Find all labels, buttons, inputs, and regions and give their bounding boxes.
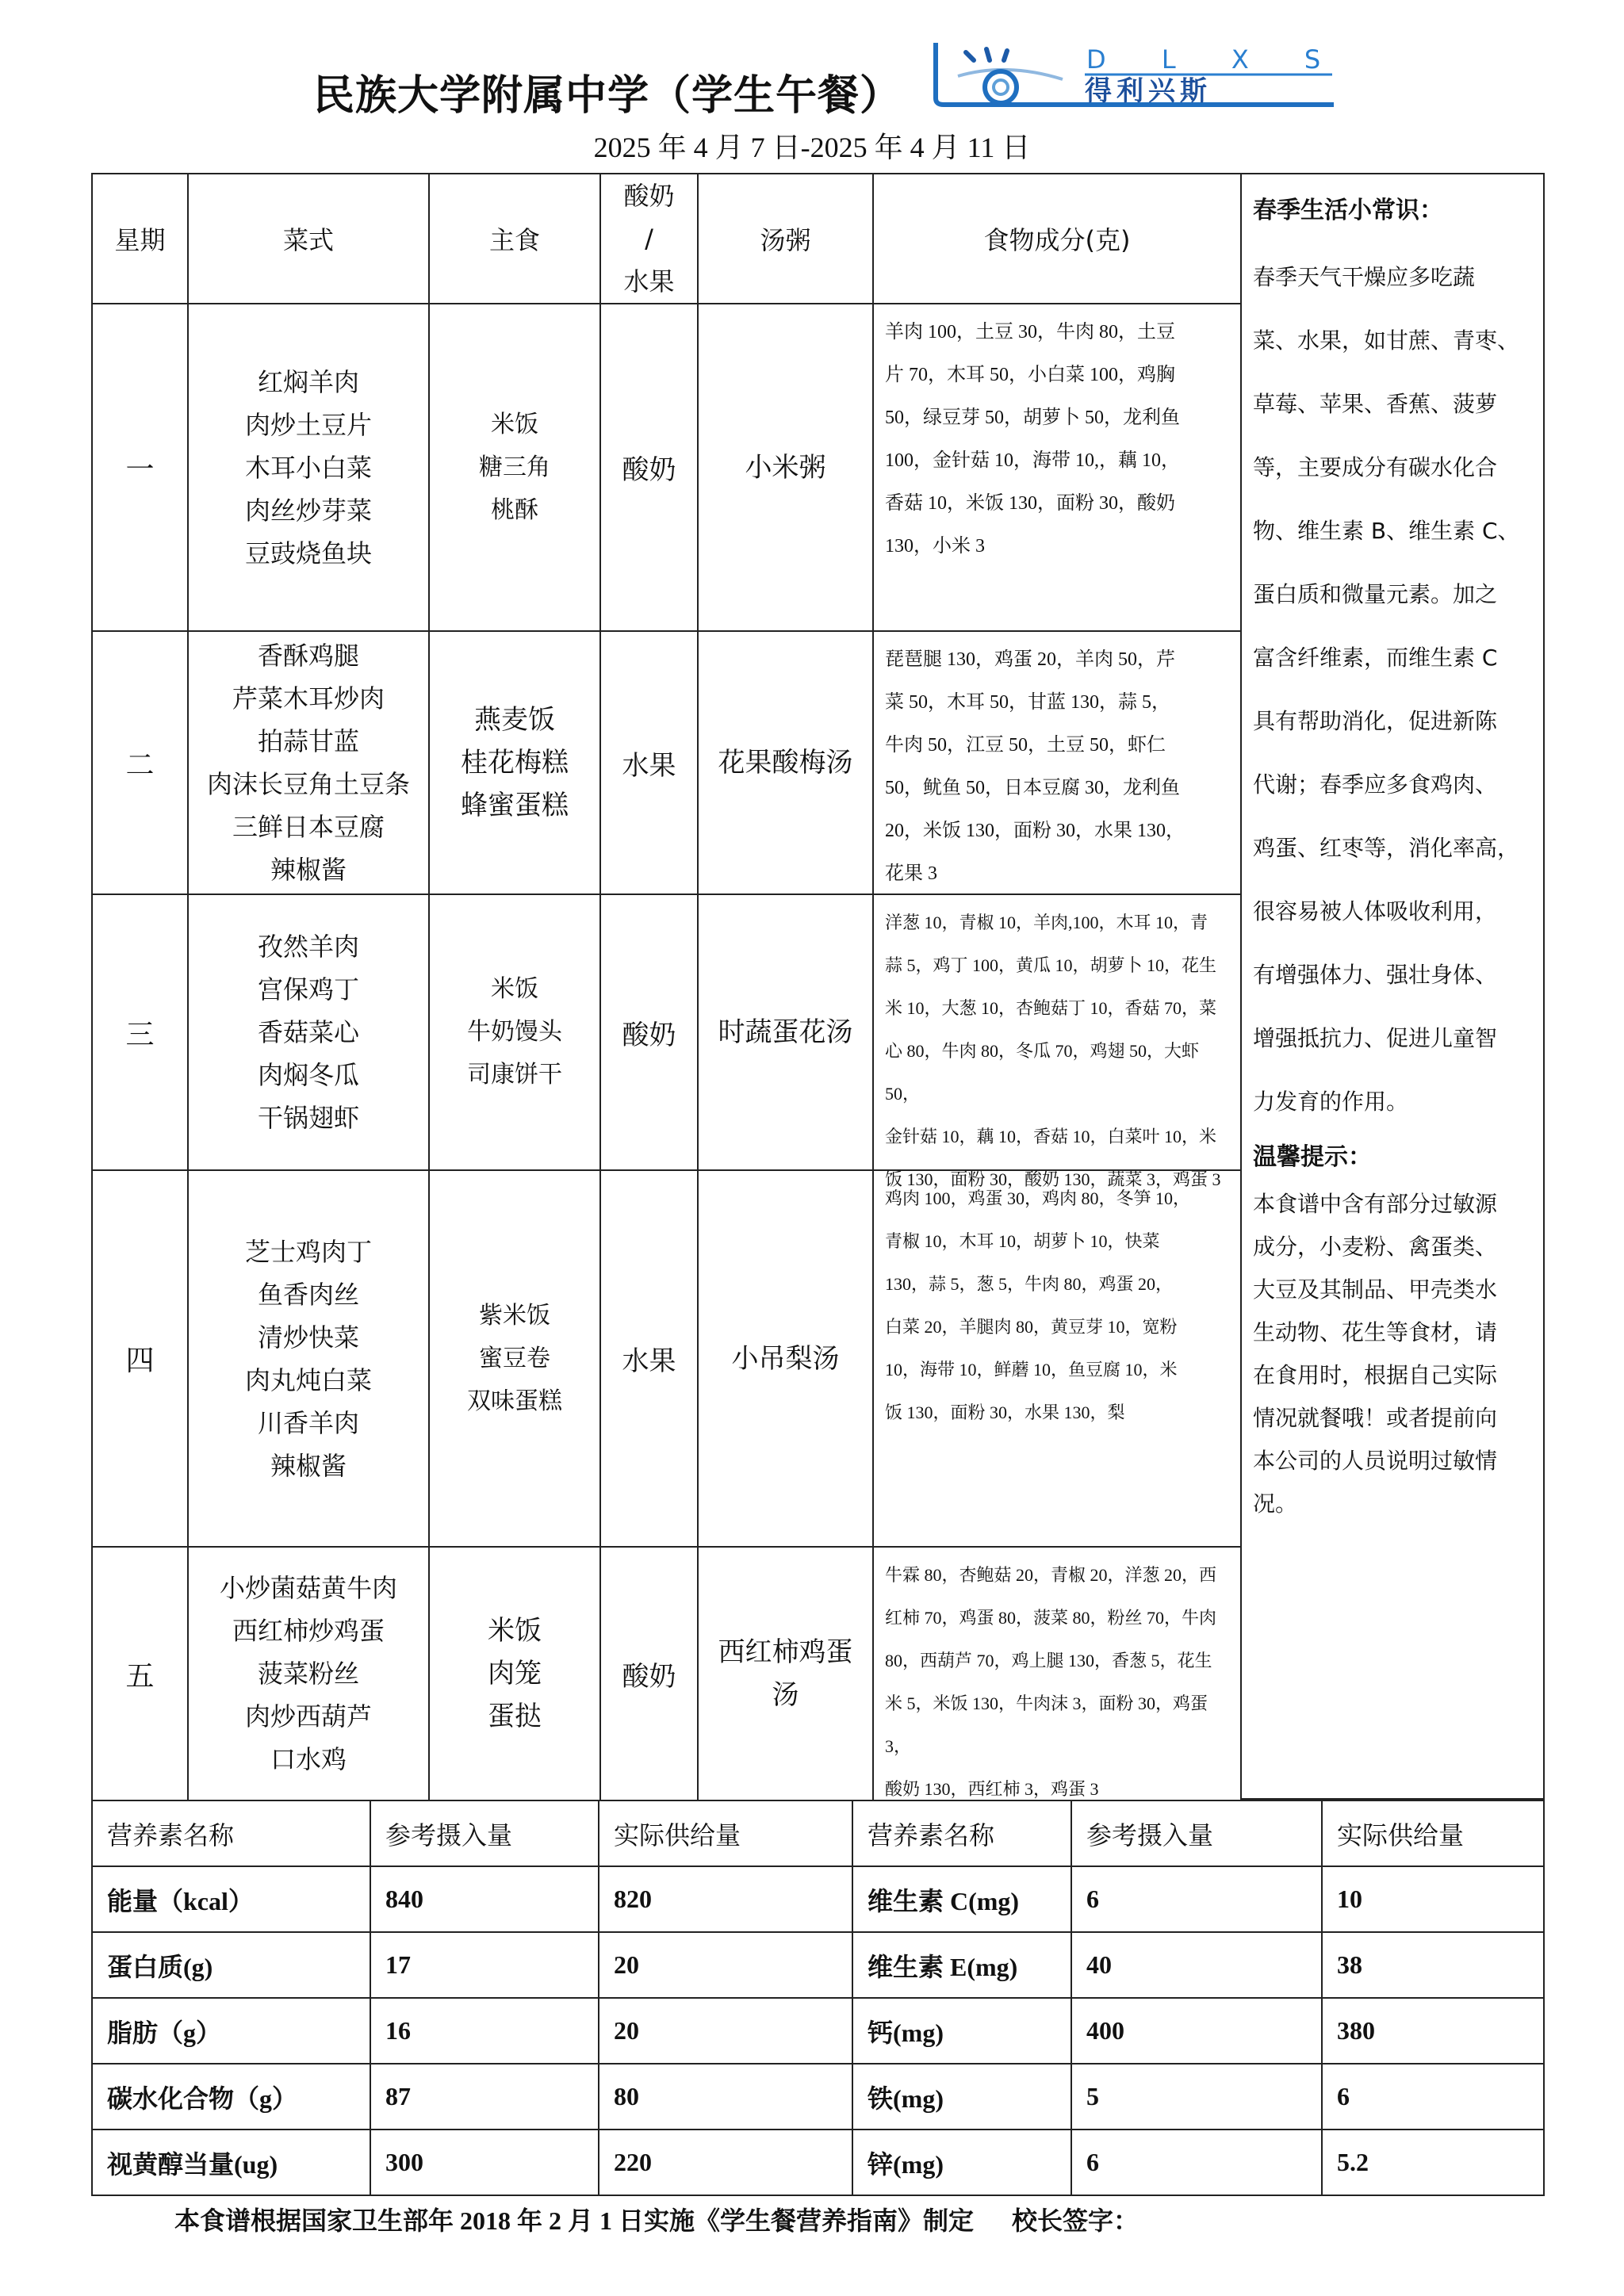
nutrient-name-cell: 能量（kcal） xyxy=(91,1865,371,1933)
ingredient-line: 100，金针菇 10，海带 10,，藕 10， xyxy=(885,439,1180,482)
guideline-note: 本食谱根据国家卫生部年 2018 年 2 月 1 日实施《学生餐营养指南》制定 xyxy=(174,2206,974,2235)
spring-tip-line: 鸡蛋、红枣等，消化率高， xyxy=(1253,817,1532,880)
dish-item: 香菇菜心 xyxy=(258,1011,359,1054)
spring-tip-line: 具有帮助消化，促进新陈 xyxy=(1253,690,1532,753)
nutrition-header-cell: 参考摄入量 xyxy=(1071,1800,1323,1867)
staple-item: 牛奶馒头 xyxy=(467,1011,562,1054)
spring-tips-text: 春季天气干燥应多吃蔬菜、水果，如甘蔗、青枣、草莓、苹果、香蕉、菠萝等，主要成分有… xyxy=(1253,246,1532,1134)
dish-item: 肉焖冬瓜 xyxy=(258,1054,359,1096)
nutrient-value-cell: 20 xyxy=(598,1931,853,1999)
dish-item: 豆豉烧鱼块 xyxy=(245,532,372,575)
dish-item: 菠菜粉丝 xyxy=(220,1652,397,1695)
nutrient-name-cell: 铁(mg) xyxy=(852,2063,1072,2130)
ingredient-line: 片 70，木耳 50，小白菜 100，鸡胸 xyxy=(885,354,1180,396)
nutrient-value-cell: 5.2 xyxy=(1321,2129,1545,2196)
nutrient-value-cell: 380 xyxy=(1321,1997,1545,2064)
spring-tip-line: 等，主要成分有碳水化合 xyxy=(1253,436,1532,499)
nutrient-value-cell: 20 xyxy=(598,1997,853,2064)
yogurt-fruit-cell: 水果 xyxy=(599,630,699,895)
ingredient-line: 蒜 5，鸡丁 100，黄瓜 10，胡萝卜 10，花生 xyxy=(885,944,1229,987)
ingredients-cell: 琵琶腿 130，鸡蛋 20，羊肉 50，芹菜 50，木耳 50，甘蓝 130，蒜… xyxy=(872,630,1242,895)
ingredient-line: 羊肉 100，土豆 30，牛肉 80，土豆 xyxy=(885,311,1180,354)
dish-item: 香酥鸡腿 xyxy=(207,634,410,677)
dish-item: 干锅翅虾 xyxy=(258,1096,359,1139)
nutrient-name-cell: 蛋白质(g) xyxy=(91,1931,371,1999)
ingredient-line: 洋葱 10，青椒 10，羊肉,100，木耳 10，青 xyxy=(885,901,1229,944)
soup-cell: 西红柿鸡蛋汤 xyxy=(697,1546,874,1801)
dish-item: 拍蒜甘蓝 xyxy=(207,720,410,763)
yogurt-fruit-cell: 酸奶 xyxy=(599,894,699,1171)
weekday-cell: 三 xyxy=(91,894,189,1171)
staple-item: 桃酥 xyxy=(479,489,550,532)
soup-cell: 小吊梨汤 xyxy=(697,1169,874,1548)
staple-item: 桂花梅糕 xyxy=(461,741,569,784)
dish-item: 鱼香肉丝 xyxy=(245,1273,372,1316)
ingredient-line: 50，鱿鱼 50，日本豆腐 30，龙利鱼 xyxy=(885,767,1185,809)
ingredient-line: 香菇 10，米饭 130，面粉 30，酸奶 xyxy=(885,482,1180,525)
dish-item: 孜然羊肉 xyxy=(258,925,359,968)
col-header-dishes: 菜式 xyxy=(187,173,430,304)
nutrition-header-cell: 营养素名称 xyxy=(91,1800,371,1867)
staple-item: 肉笼 xyxy=(488,1652,542,1695)
nutrient-value-cell: 840 xyxy=(370,1865,599,1933)
weekday-cell: 四 xyxy=(91,1169,189,1548)
dish-item: 肉炒西葫芦 xyxy=(220,1695,397,1738)
staple-item: 蜂蜜蛋糕 xyxy=(461,784,569,827)
staples-cell: 燕麦饭桂花梅糕蜂蜜蛋糕 xyxy=(428,630,601,895)
nutrient-name-cell: 钙(mg) xyxy=(852,1997,1072,2064)
staple-item: 蛋挞 xyxy=(488,1695,542,1738)
weekday-cell: 二 xyxy=(91,630,189,895)
dish-item: 芝士鸡肉丁 xyxy=(245,1230,372,1273)
svg-text:D L X S: D L X S xyxy=(1086,44,1340,75)
spring-tips-title: 春季生活小常识： xyxy=(1253,190,1532,225)
footer-note: 本食谱根据国家卫生部年 2018 年 2 月 1 日实施《学生餐营养指南》制定 … xyxy=(174,2201,1139,2237)
staple-item: 紫米饭 xyxy=(467,1295,562,1337)
company-logo: D L X S 得利兴斯 xyxy=(928,40,1340,108)
nutrient-name-cell: 碳水化合物（g） xyxy=(91,2063,371,2130)
staple-item: 米饭 xyxy=(479,404,550,446)
ingredient-line: 饭 130，面粉 30，水果 130，梨 xyxy=(885,1391,1190,1434)
spring-tip-line: 力发育的作用。 xyxy=(1253,1070,1532,1134)
col-header-soup: 汤粥 xyxy=(697,173,874,304)
spring-tip-line: 增强抵抗力、促进儿童智 xyxy=(1253,1007,1532,1070)
dish-item: 口水鸡 xyxy=(220,1738,397,1781)
allergen-line: 况。 xyxy=(1253,1483,1532,1525)
spring-tip-line: 富含纤维素，而维生素 C xyxy=(1253,626,1532,690)
staples-cell: 紫米饭蜜豆卷双味蛋糕 xyxy=(428,1169,601,1548)
soup-cell: 小米粥 xyxy=(697,303,874,632)
allergen-line: 本公司的人员说明过敏情 xyxy=(1253,1440,1532,1483)
ingredient-line: 花果 3 xyxy=(885,852,1185,895)
nutrient-value-cell: 17 xyxy=(370,1931,599,1999)
dishes-cell: 红焖羊肉肉炒土豆片木耳小白菜肉丝炒芽菜豆豉烧鱼块 xyxy=(187,303,430,632)
yogurt-fruit-cell: 酸奶 xyxy=(599,303,699,632)
ingredient-line: 菜 50，木耳 50，甘蓝 130，蒜 5， xyxy=(885,681,1185,724)
ingredient-line: 130，蒜 5，葱 5，牛肉 80，鸡蛋 20， xyxy=(885,1263,1190,1306)
dish-item: 西红柿炒鸡蛋 xyxy=(220,1609,397,1652)
dish-item: 清炒快菜 xyxy=(245,1316,372,1359)
dish-item: 肉炒土豆片 xyxy=(245,404,372,446)
spring-tip-line: 蛋白质和微量元素。加之 xyxy=(1253,563,1532,626)
allergen-line: 成分，小麦粉、禽蛋类、 xyxy=(1253,1226,1532,1269)
ingredient-line: 130，小米 3 xyxy=(885,525,1180,568)
nutrition-table: 营养素名称参考摄入量实际供给量营养素名称参考摄入量实际供给量能量（kcal）84… xyxy=(91,1800,1543,2195)
nutrition-header-cell: 参考摄入量 xyxy=(370,1800,599,1867)
staple-item: 司康饼干 xyxy=(467,1054,562,1096)
nutrient-value-cell: 820 xyxy=(598,1865,853,1933)
nutrient-name-cell: 维生素 E(mg) xyxy=(852,1931,1072,1999)
nutrient-value-cell: 220 xyxy=(598,2129,853,2196)
nutrient-value-cell: 400 xyxy=(1071,1997,1323,2064)
ingredient-line: 米 10，大葱 10，杏鲍菇丁 10，香菇 70，菜 xyxy=(885,987,1229,1030)
col-header-yogurt-fruit: 酸奶 / 水果 xyxy=(599,173,699,304)
date-range: 2025 年 4 月 7 日-2025 年 4 月 11 日 xyxy=(0,125,1624,166)
nutrient-name-cell: 锌(mg) xyxy=(852,2129,1072,2196)
staple-item: 米饭 xyxy=(467,968,562,1011)
dish-item: 肉沫长豆角土豆条 xyxy=(207,763,410,806)
staple-item: 双味蛋糕 xyxy=(467,1380,562,1423)
principal-signature-label: 校长签字： xyxy=(1012,2206,1139,2235)
ingredient-line: 米 5，米饭 130，牛肉沫 3，面粉 30，鸡蛋 3， xyxy=(885,1682,1229,1768)
nutrient-value-cell: 5 xyxy=(1071,2063,1323,2130)
allergen-line: 本食谱中含有部分过敏源 xyxy=(1253,1183,1532,1226)
nutrient-value-cell: 40 xyxy=(1071,1931,1323,1999)
allergen-line: 大豆及其制品、甲壳类水 xyxy=(1253,1269,1532,1311)
nutrition-header-cell: 营养素名称 xyxy=(852,1800,1072,1867)
nutrient-value-cell: 10 xyxy=(1321,1865,1545,1933)
staple-item: 燕麦饭 xyxy=(461,698,569,741)
spring-tip-line: 春季天气干燥应多吃蔬 xyxy=(1253,246,1532,309)
eye-swirl-icon: D L X S 得利兴斯 xyxy=(928,40,1340,108)
allergen-line: 生动物、花生等食材，请 xyxy=(1253,1311,1532,1354)
ingredient-line: 琵琶腿 130，鸡蛋 20，羊肉 50，芹 xyxy=(885,638,1185,681)
dish-item: 三鲜日本豆腐 xyxy=(207,806,410,848)
spring-tip-line: 代谢；春季应多食鸡肉、 xyxy=(1253,753,1532,817)
dishes-cell: 小炒菌菇黄牛肉西红柿炒鸡蛋菠菜粉丝肉炒西葫芦口水鸡 xyxy=(187,1546,430,1801)
dish-item: 辣椒酱 xyxy=(245,1445,372,1487)
ingredient-line: 10，海带 10，鲜蘑 10，鱼豆腐 10，米 xyxy=(885,1349,1190,1391)
col-header-ingredients: 食物成分(克) xyxy=(872,173,1242,304)
warm-tips-title: 温馨提示： xyxy=(1253,1137,1532,1172)
nutrient-value-cell: 38 xyxy=(1321,1931,1545,1999)
dish-item: 肉丝炒芽菜 xyxy=(245,489,372,532)
ingredient-line: 80，西葫芦 70，鸡上腿 130，香葱 5，花生 xyxy=(885,1640,1229,1682)
staples-cell: 米饭肉笼蛋挞 xyxy=(428,1546,601,1801)
ingredient-line: 20，米饭 130，面粉 30，水果 130， xyxy=(885,809,1185,852)
nutrient-value-cell: 300 xyxy=(370,2129,599,2196)
page-title: 民族大学附属中学（学生午餐） xyxy=(313,62,902,121)
nutrition-header-cell: 实际供给量 xyxy=(1321,1800,1545,1867)
dish-item: 川香羊肉 xyxy=(245,1402,372,1445)
dishes-cell: 芝士鸡肉丁鱼香肉丝清炒快菜肉丸炖白菜川香羊肉辣椒酱 xyxy=(187,1169,430,1548)
spring-tip-line: 菜、水果，如甘蔗、青枣、 xyxy=(1253,309,1532,373)
allergen-line: 情况就餐哦！或者提前向 xyxy=(1253,1397,1532,1440)
staples-cell: 米饭糖三角桃酥 xyxy=(428,303,601,632)
nutrient-value-cell: 6 xyxy=(1071,1865,1323,1933)
menu-table: 星期 菜式 主食 酸奶 / 水果 汤粥 食物成分(克) 一红焖羊肉肉炒土豆片木耳… xyxy=(91,173,1545,1800)
dish-item: 小炒菌菇黄牛肉 xyxy=(220,1567,397,1609)
dish-item: 宫保鸡丁 xyxy=(258,968,359,1011)
ingredient-line: 牛霖 80，杏鲍菇 20，青椒 20，洋葱 20，西 xyxy=(885,1554,1229,1597)
nutrient-name-cell: 脂肪（g） xyxy=(91,1997,371,2064)
spring-tip-line: 有增强体力、强壮身体、 xyxy=(1253,943,1532,1007)
staple-item: 糖三角 xyxy=(479,446,550,489)
spring-tip-line: 草莓、苹果、香蕉、菠萝 xyxy=(1253,373,1532,436)
nutrient-value-cell: 6 xyxy=(1321,2063,1545,2130)
ingredients-cell: 牛霖 80，杏鲍菇 20，青椒 20，洋葱 20，西红柿 70，鸡蛋 80，菠菜… xyxy=(872,1546,1242,1801)
yogurt-fruit-cell: 水果 xyxy=(599,1169,699,1548)
ingredient-line: 50，绿豆芽 50，胡萝卜 50，龙利鱼 xyxy=(885,396,1180,439)
dish-item: 肉丸炖白菜 xyxy=(245,1359,372,1402)
dish-item: 木耳小白菜 xyxy=(245,446,372,489)
allergen-line: 在食用时，根据自己实际 xyxy=(1253,1354,1532,1397)
staples-cell: 米饭牛奶馒头司康饼干 xyxy=(428,894,601,1171)
soup-cell: 时蔬蛋花汤 xyxy=(697,894,874,1171)
nutrient-value-cell: 6 xyxy=(1071,2129,1323,2196)
ingredients-cell: 羊肉 100，土豆 30，牛肉 80，土豆片 70，木耳 50，小白菜 100，… xyxy=(872,303,1242,632)
yogurt-fruit-cell: 酸奶 xyxy=(599,1546,699,1801)
dish-item: 芹菜木耳炒肉 xyxy=(207,677,410,720)
dishes-cell: 香酥鸡腿芹菜木耳炒肉拍蒜甘蓝肉沫长豆角土豆条三鲜日本豆腐辣椒酱 xyxy=(187,630,430,895)
staple-item: 米饭 xyxy=(488,1609,542,1652)
dish-item: 红焖羊肉 xyxy=(245,361,372,404)
ingredient-line: 牛肉 50，江豆 50，土豆 50，虾仁 xyxy=(885,724,1185,767)
nutrient-value-cell: 87 xyxy=(370,2063,599,2130)
ingredient-line: 金针菇 10，藕 10，香菇 10，白菜叶 10，米 xyxy=(885,1115,1229,1158)
col-header-staple: 主食 xyxy=(428,173,601,304)
soup-cell: 花果酸梅汤 xyxy=(697,630,874,895)
ingredients-cell: 洋葱 10，青椒 10，羊肉,100，木耳 10，青蒜 5，鸡丁 100，黄瓜 … xyxy=(872,894,1242,1171)
col-header-day: 星期 xyxy=(91,173,189,304)
nutrient-name-cell: 视黄醇当量(ug) xyxy=(91,2129,371,2196)
dishes-cell: 孜然羊肉宫保鸡丁香菇菜心肉焖冬瓜干锅翅虾 xyxy=(187,894,430,1171)
weekday-cell: 一 xyxy=(91,303,189,632)
tips-sidebar: 春季生活小常识： 春季天气干燥应多吃蔬菜、水果，如甘蔗、青枣、草莓、苹果、香蕉、… xyxy=(1240,173,1545,1800)
ingredient-line: 青椒 10，木耳 10，胡萝卜 10，快菜 xyxy=(885,1220,1190,1263)
ingredient-line: 红柿 70，鸡蛋 80，菠菜 80，粉丝 70，牛肉 xyxy=(885,1597,1229,1640)
svg-text:得利兴斯: 得利兴斯 xyxy=(1085,75,1212,107)
nutrient-value-cell: 80 xyxy=(598,2063,853,2130)
staple-item: 蜜豆卷 xyxy=(467,1337,562,1380)
allergen-notice-text: 本食谱中含有部分过敏源成分，小麦粉、禽蛋类、大豆及其制品、甲壳类水生动物、花生等… xyxy=(1253,1183,1532,1525)
ingredients-cell: 鸡肉 100，鸡蛋 30，鸡肉 80，冬笋 10，青椒 10，木耳 10，胡萝卜… xyxy=(872,1169,1242,1548)
weekday-cell: 五 xyxy=(91,1546,189,1801)
nutrition-header-cell: 实际供给量 xyxy=(598,1800,853,1867)
ingredient-line: 心 80，牛肉 80，冬瓜 70，鸡翅 50，大虾 50， xyxy=(885,1030,1229,1115)
dish-item: 辣椒酱 xyxy=(207,848,410,891)
spring-tip-line: 很容易被人体吸收利用， xyxy=(1253,880,1532,943)
nutrient-value-cell: 16 xyxy=(370,1997,599,2064)
ingredient-line: 白菜 20，羊腿肉 80，黄豆芽 10，宽粉 xyxy=(885,1306,1190,1349)
ingredient-line: 鸡肉 100，鸡蛋 30，鸡肉 80，冬笋 10， xyxy=(885,1177,1190,1220)
nutrient-name-cell: 维生素 C(mg) xyxy=(852,1865,1072,1933)
spring-tip-line: 物、维生素 B、维生素 C、 xyxy=(1253,499,1532,563)
